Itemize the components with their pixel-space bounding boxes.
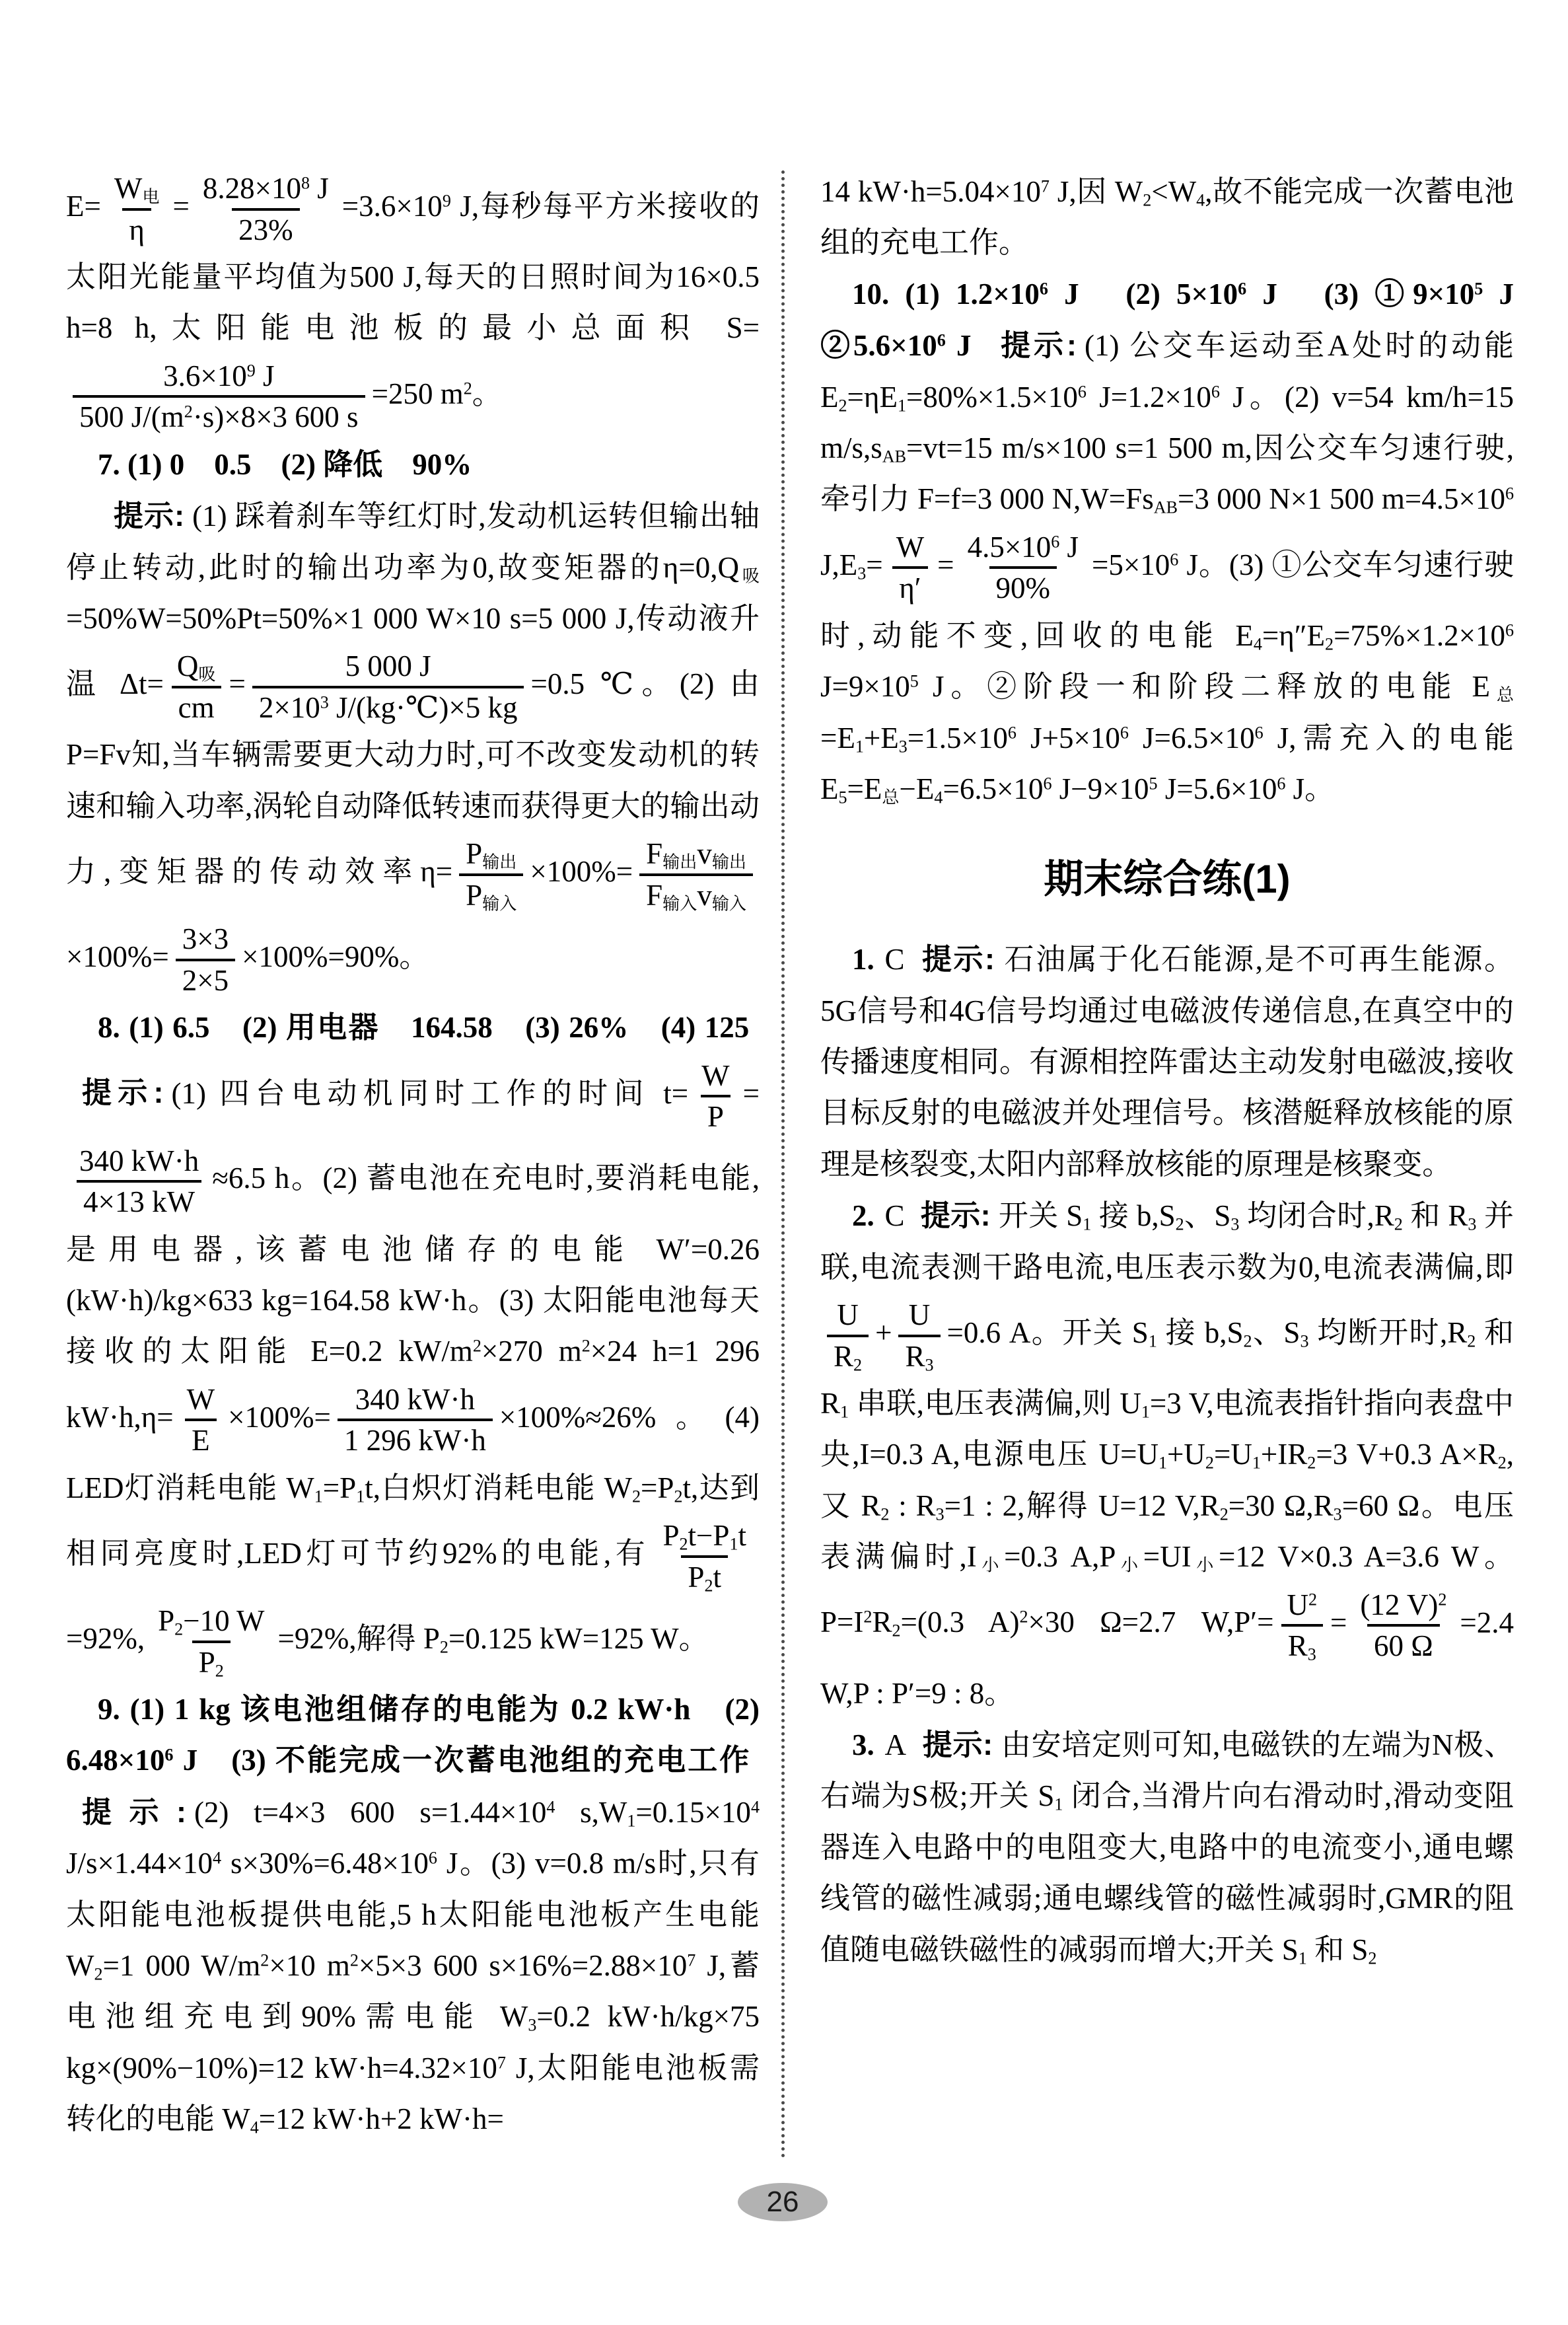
body-text: C — [885, 1199, 905, 1232]
paragraph: 14 kW·h=5.04×107 J,因 W2<W4,故不能完成一次蓄电池组的充… — [820, 166, 1514, 269]
fraction: P2t−P1tP2t — [656, 1516, 753, 1596]
body-text: ×100%=90%。 — [242, 940, 429, 973]
answer-item: 7. (1) 0 0.5 (2) 降低 90% — [66, 439, 760, 490]
body-text: ×100%= — [228, 1401, 331, 1434]
answer-text: 3. — [852, 1728, 874, 1761]
body-text: = — [229, 667, 245, 700]
body-text: E= — [66, 190, 101, 223]
hint-label: 提示: — [921, 1199, 991, 1232]
answer-item: 2.C提示:开关 S1 接 b,S2、S3 均闭合时,R2 和 R3 并联,电流… — [820, 1190, 1514, 1719]
page-number: 26 — [767, 2186, 799, 2219]
fraction: (12 V)260 Ω — [1353, 1586, 1453, 1666]
answer-text: 9. (1) 1 kg 该电池组储存的电能为 0.2 kW·h (2) 6.48… — [66, 1693, 760, 1777]
body-text: + — [875, 1316, 892, 1349]
answer-text: 2. — [852, 1199, 874, 1232]
body-text: =3.6×109 J,每秒每平方米接收的太阳光能量平均值为500 J,每天的日照… — [66, 190, 760, 345]
paragraph: E=W电η=8.28×108 J23%=3.6×109 J,每秒每平方米接收的太… — [66, 166, 760, 439]
left-column: E=W电η=8.28×108 J23%=3.6×109 J,每秒每平方米接收的太… — [66, 166, 760, 2145]
body-text: A — [885, 1728, 907, 1761]
hint-label: 提示: — [997, 328, 1077, 362]
answer-text: 8. (1) 6.5 (2) 用电器 164.58 (3) 26% (4) 12… — [98, 1011, 749, 1044]
fraction: 340 kW·h4×13 kW — [73, 1142, 205, 1222]
answer-item: 10. (1) 1.2×106 J (2) 5×106 J (3) ①9×105… — [820, 269, 1514, 815]
fraction: 3×32×5 — [176, 920, 235, 1000]
answer-item: 1.C提示:石油属于化石能源,是不可再生能源。5G信号和4G信号均通过电磁波传递… — [820, 934, 1514, 1190]
fraction: W电η — [108, 169, 166, 249]
right-column: 14 kW·h=5.04×107 J,因 W2<W4,故不能完成一次蓄电池组的充… — [820, 166, 1514, 2145]
answer-text: 7. (1) 0 0.5 (2) 降低 90% — [98, 448, 472, 481]
answer-key-page: E=W电η=8.28×108 J23%=3.6×109 J,每秒每平方米接收的太… — [0, 0, 1568, 2325]
body-text: 14 kW·h=5.04×107 J,因 W2<W4,故不能完成一次蓄电池组的充… — [820, 175, 1514, 259]
body-text: = — [1330, 1605, 1347, 1639]
body-text: =250 m2。 — [372, 377, 502, 410]
fraction: F输出v输出F输入v输入 — [639, 834, 753, 914]
body-text: C — [885, 943, 905, 976]
hint-label: 提示: — [82, 1076, 164, 1109]
fraction: 340 kW·h1 296 kW·h — [338, 1380, 493, 1460]
fraction: WP — [695, 1056, 736, 1136]
answer-item: 提示:(1) 踩着刹车等红灯时,发动机运转但输出轴停止转动,此时的输出功率为0,… — [66, 490, 760, 1002]
page-number-badge: 26 — [738, 2183, 828, 2221]
fraction: 5 000 J2×103 J/(kg·℃)×5 kg — [252, 647, 524, 727]
fraction: P输出P输入 — [459, 834, 523, 914]
fraction: UR2 — [827, 1296, 869, 1376]
hint-label: 提示: — [114, 499, 184, 533]
hint-label: 提示: — [922, 1728, 993, 1761]
fraction: P2−10 WP2 — [151, 1602, 271, 1681]
body-text: (2) t=4×3 600 s=1.44×104 s,W1=0.15×104 J… — [66, 1796, 760, 2135]
body-text: =92%,解得 P2=0.125 kW=125 W。 — [278, 1622, 709, 1655]
body-text: = — [937, 548, 954, 581]
hint-label: 提示: — [82, 1795, 186, 1829]
body-text: 石油属于化石能源,是不可再生能源。5G信号和4G信号均通过电磁波传递信息,在真空… — [820, 943, 1514, 1181]
body-text: = — [743, 1076, 760, 1109]
answer-item: 3.A提示:由安培定则可知,电磁铁的左端为N极、右端为S极;开关 S1 闭合,当… — [820, 1719, 1514, 1975]
fraction: Wη′ — [890, 528, 931, 608]
fraction: Q吸cm — [170, 647, 223, 727]
body-text: (1) 四台电动机同时工作的时间 t= — [172, 1076, 689, 1109]
answer-text: 1. — [852, 943, 874, 976]
body-text: = — [172, 190, 189, 223]
hint-label: 提示: — [921, 942, 995, 976]
fraction: WE — [180, 1380, 221, 1460]
body-text: 期末综合练(1) — [1044, 857, 1290, 901]
section-heading: 期末综合练(1) — [820, 856, 1514, 903]
page-content: E=W电η=8.28×108 J23%=3.6×109 J,每秒每平方米接收的太… — [66, 166, 1514, 2145]
fraction: 3.6×109 J500 J/(m2·s)×8×3 600 s — [73, 357, 365, 437]
body-text: 由安培定则可知,电磁铁的左端为N极、右端为S极;开关 S1 闭合,当滑片向右滑动… — [820, 1728, 1514, 1966]
body-text: ×100%= — [66, 940, 169, 973]
column-divider-dotted-line — [781, 170, 785, 2159]
body-text: =92%, — [66, 1622, 145, 1655]
fraction: 8.28×108 J23% — [196, 169, 336, 249]
answer-item: 9. (1) 1 kg 该电池组储存的电能为 0.2 kW·h (2) 6.48… — [66, 1684, 760, 2145]
fraction: U2R3 — [1280, 1586, 1324, 1666]
fraction: UR3 — [898, 1296, 940, 1376]
body-text: ×100%= — [530, 855, 633, 888]
fraction: 4.5×106 J90% — [961, 528, 1085, 608]
answer-item: 8. (1) 6.5 (2) 用电器 164.58 (3) 26% (4) 12… — [66, 1002, 760, 1684]
